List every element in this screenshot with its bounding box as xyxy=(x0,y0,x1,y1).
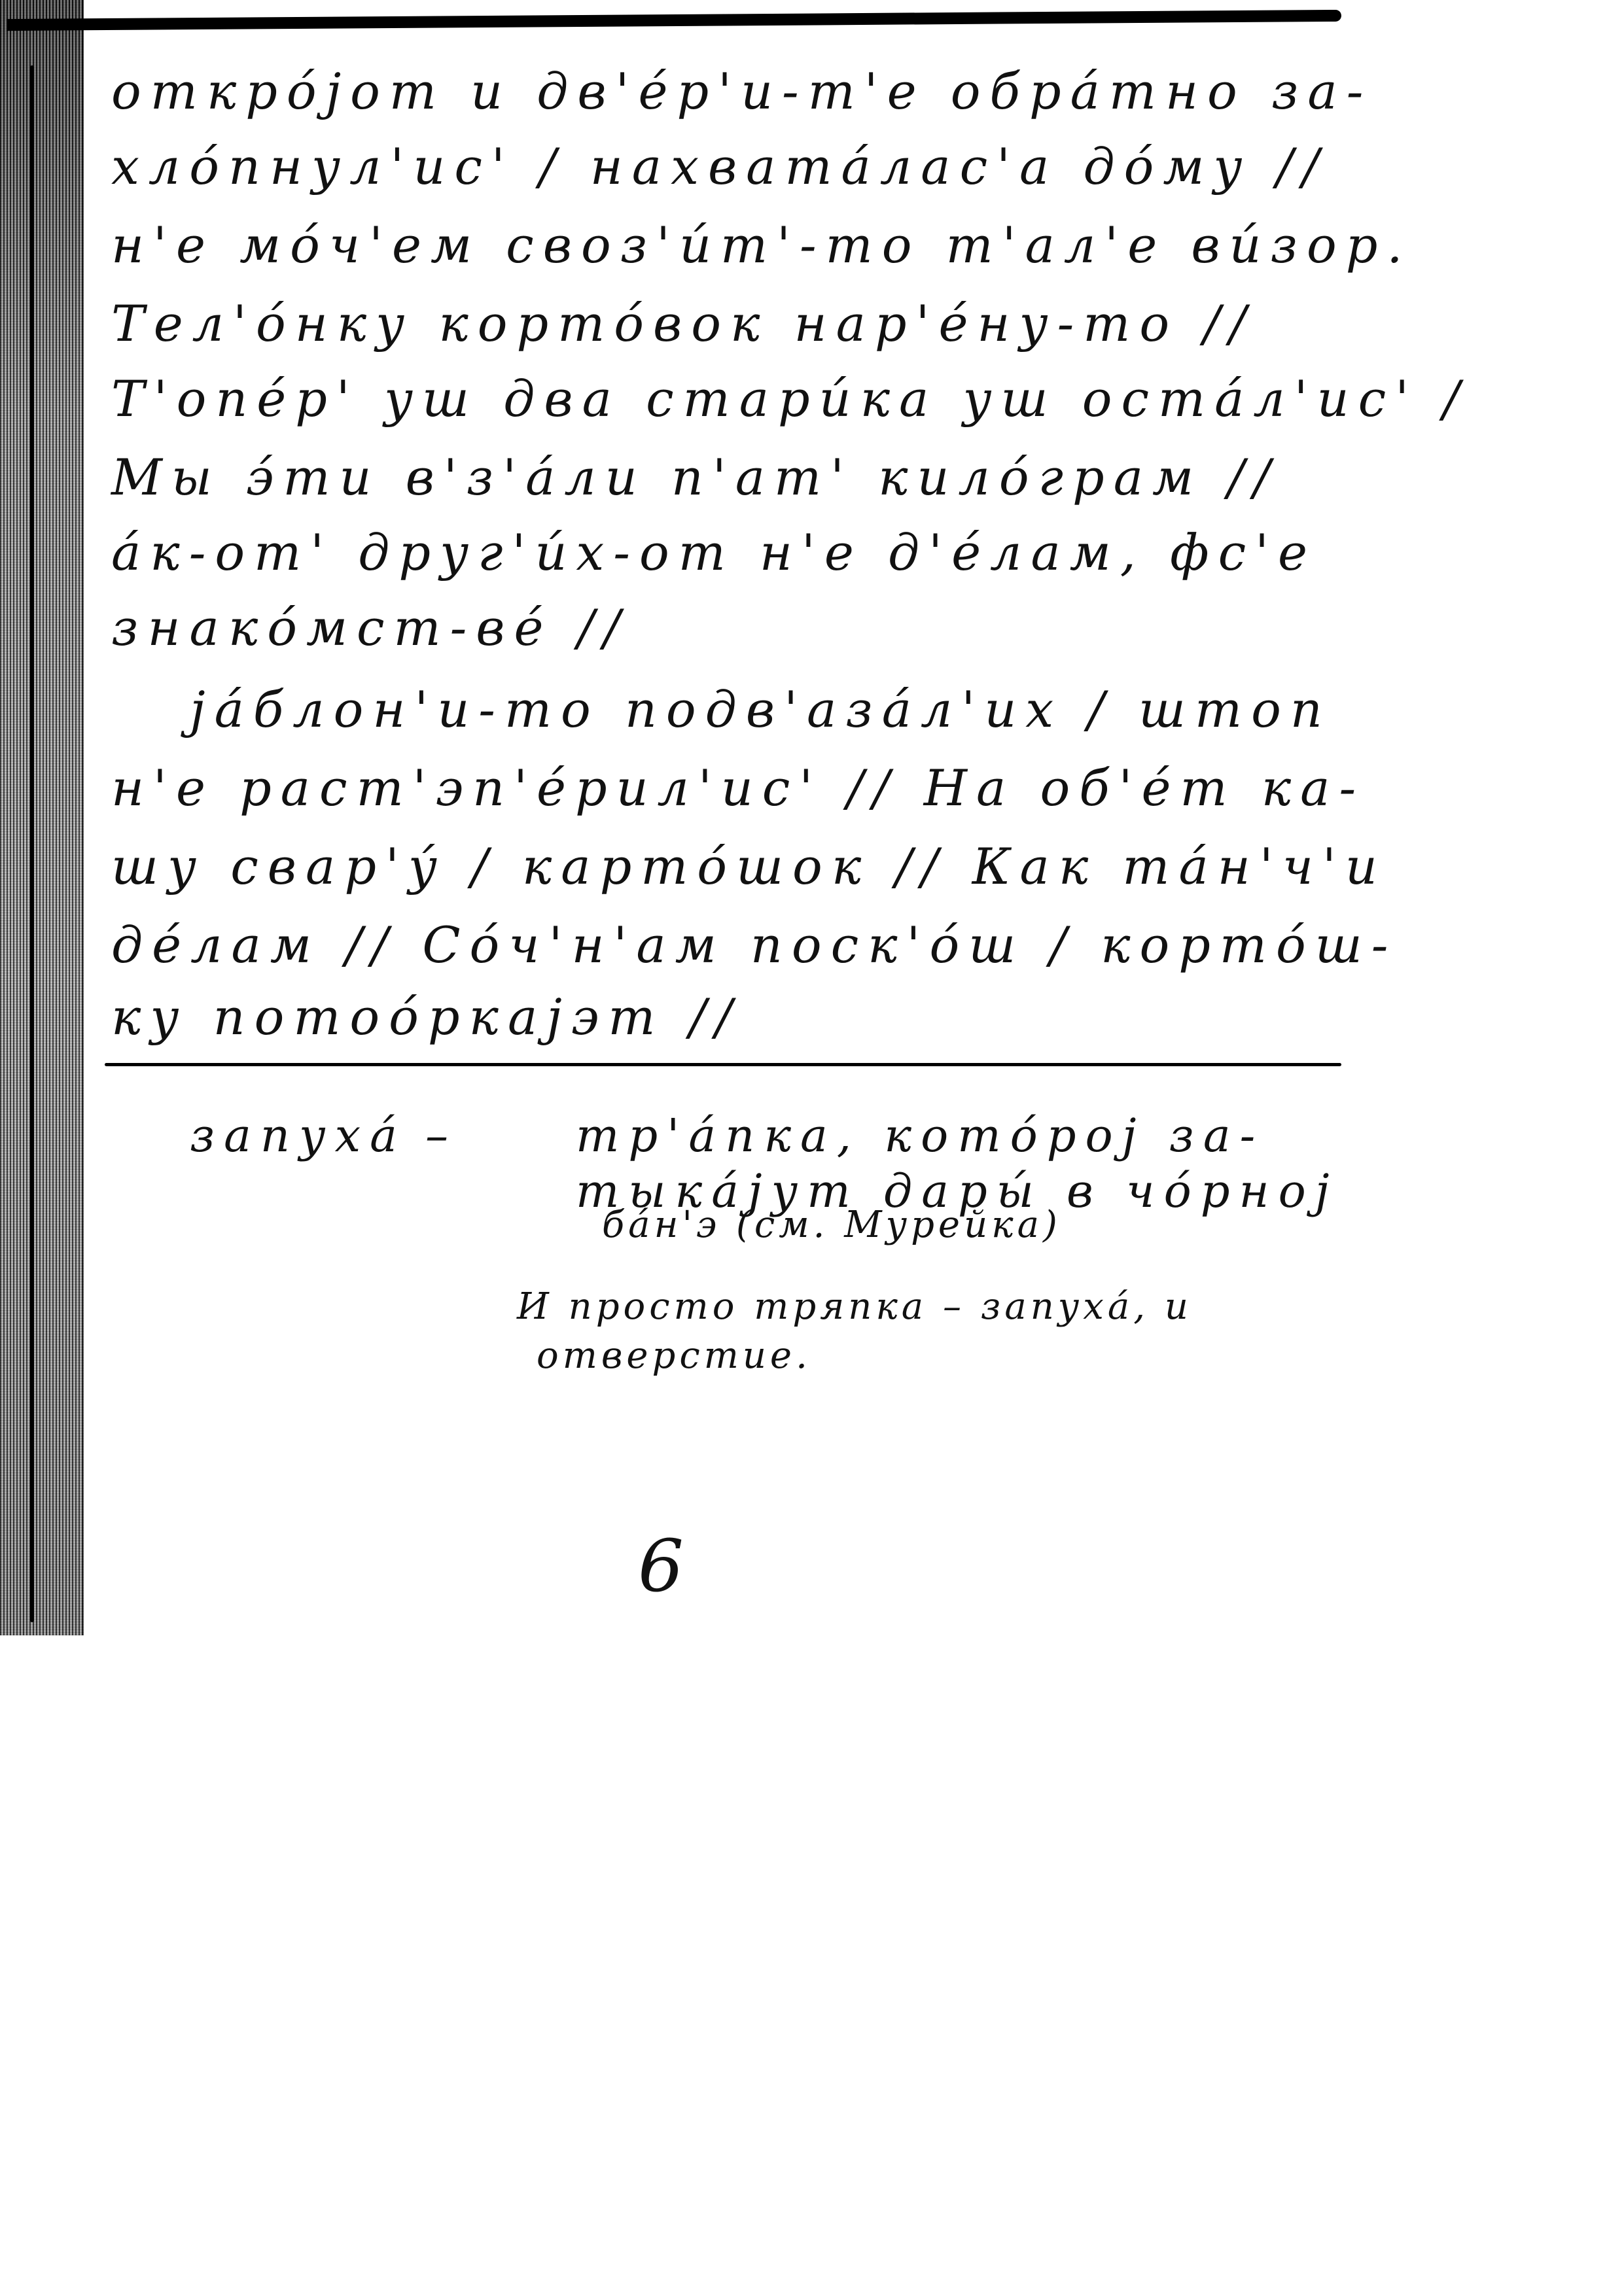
footnote-definition-line-1: тр'а́пка, кото́рој за- xyxy=(576,1109,1264,1162)
text-line-10: н'е раст'эп'е́рил'ис' // На об'е́т ка- xyxy=(111,759,1365,817)
footnote-definition-line-3: ба́н'э (см. Мурейка) xyxy=(602,1204,1061,1246)
footnote-addendum-line-1: И просто тряпка – запуха́, и xyxy=(517,1285,1192,1328)
text-line-7: а́к-от' друг'и́х-от н'е д'е́лам, фс'е xyxy=(111,523,1316,582)
text-line-5: Т'опе́р' уш два стари́ка уш оста́л'ис' / xyxy=(111,370,1469,428)
footnote-term: запуха́ xyxy=(190,1109,406,1162)
text-line-1: откро́јот и дв'е́р'и-т'е обра́тно за- xyxy=(111,62,1372,120)
text-line-11: шу свар'у́ / карто́шок // Как та́н'ч'и xyxy=(111,837,1386,896)
footnote-addendum-line-2: отверстие. xyxy=(537,1334,811,1377)
text-line-13: ку потоо́ркајэт // xyxy=(111,988,741,1046)
text-line-8: знако́мст-ве́ // xyxy=(111,599,629,657)
scan-shadow-edge xyxy=(0,0,84,1635)
text-line-12: де́лам // Со́ч'н'ам поск'о́ш / корто́ш- xyxy=(111,916,1397,974)
page-fold-crease xyxy=(30,65,34,1622)
top-border-line xyxy=(7,10,1341,31)
text-line-2: хло́пнул'ис' / нахвата́лас'а до́му // xyxy=(111,137,1328,196)
page-number: 6 xyxy=(638,1524,684,1608)
text-line-3: н'е мо́ч'ем своз'и́т'-то т'ал'е ви́зор. xyxy=(111,216,1412,274)
footnote-divider xyxy=(105,1063,1341,1066)
footnote-dash: – xyxy=(425,1109,457,1162)
text-line-4: Тел'о́нку корто́вок нар'е́ну-то // xyxy=(111,294,1255,353)
text-line-9: ја́блон'и-то подв'аза́л'их / штоп xyxy=(190,680,1332,739)
text-line-6: Мы э́ти в'з'а́ли п'ат' кило́грам // xyxy=(111,448,1279,506)
